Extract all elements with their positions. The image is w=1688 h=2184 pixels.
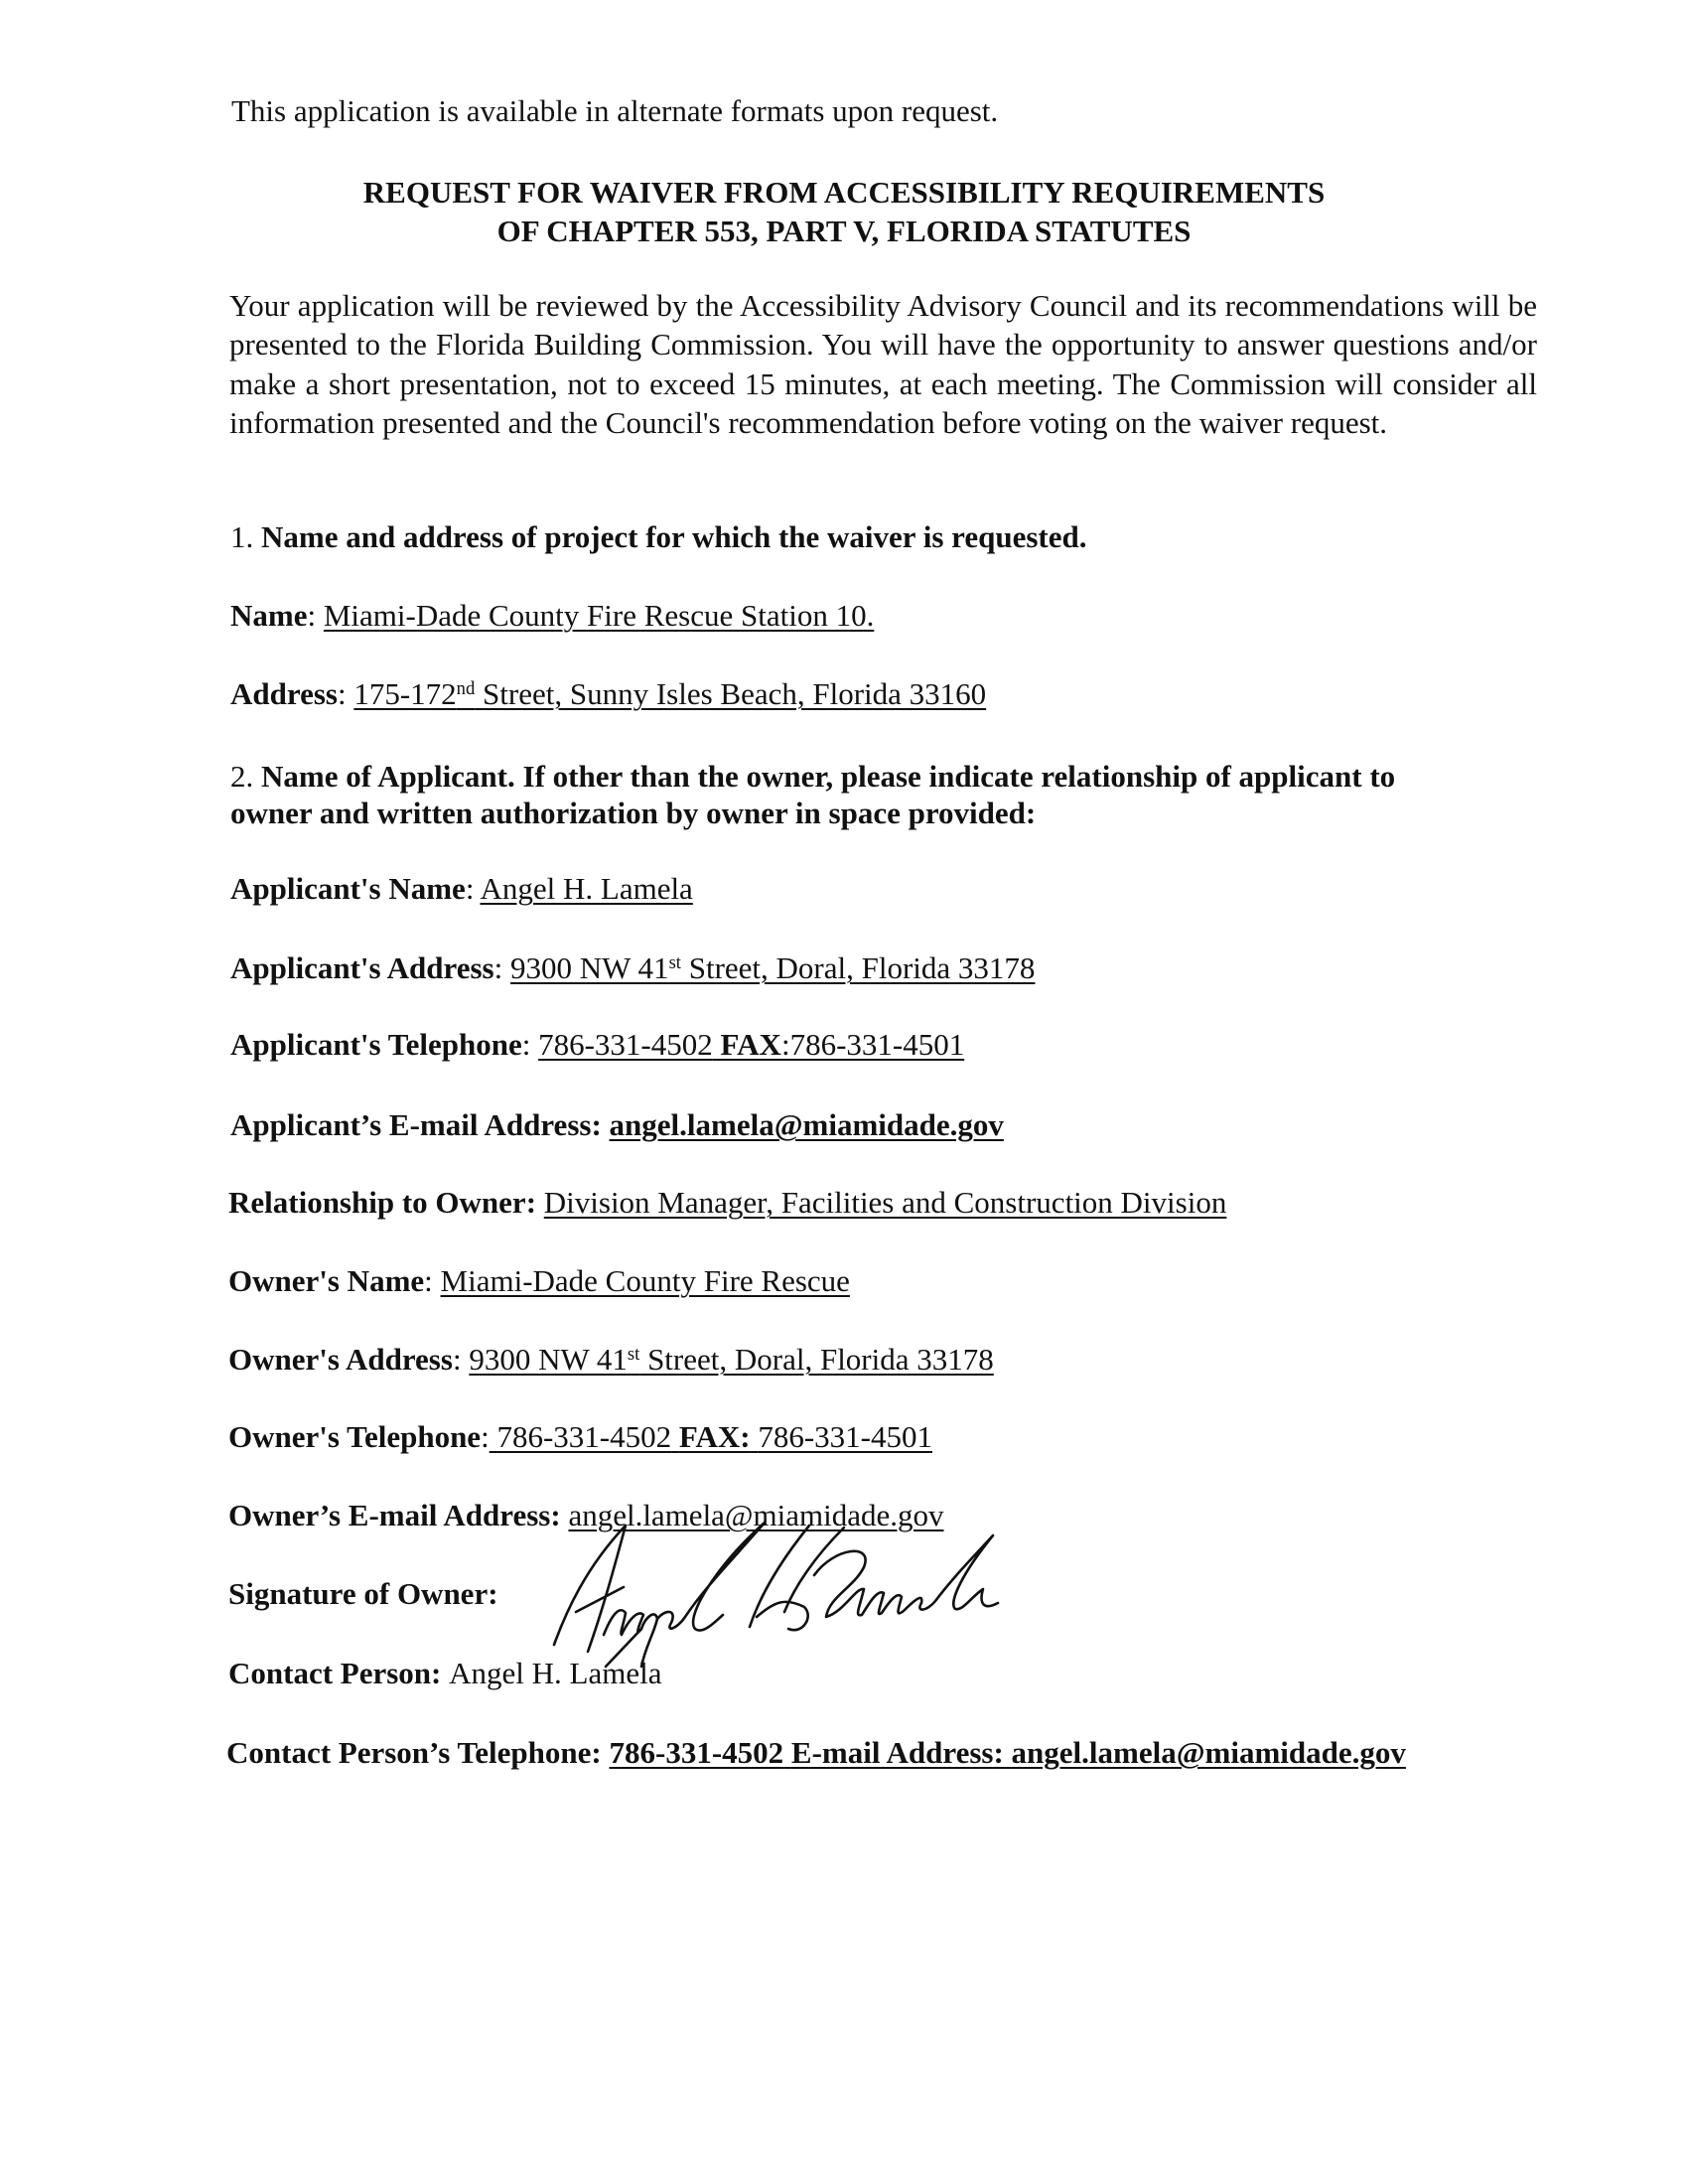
- colon: :: [431, 1656, 449, 1690]
- fax-number: 786-331-4501: [790, 1027, 965, 1062]
- fax-label: FAX:: [679, 1419, 751, 1454]
- address-number: 175-172: [353, 676, 456, 711]
- owner-address-label: Owner's Address: [228, 1342, 453, 1377]
- project-name-value: Miami-Dade County Fire Rescue Station 10…: [324, 598, 874, 633]
- owner-address-row: Owner's Address: 9300 NW 41st Street, Do…: [228, 1344, 994, 1375]
- section-1-heading: 1. Name and address of project for which…: [230, 521, 1087, 552]
- owner-phone-row: Owner's Telephone: 786-331-4502 FAX: 786…: [228, 1421, 932, 1452]
- colon: :: [488, 1576, 497, 1611]
- project-name-label: Name: [230, 598, 307, 633]
- applicant-email-value[interactable]: angel.lamela@miamidade.gov: [610, 1107, 1004, 1142]
- project-name-row: Name: Miami-Dade County Fire Rescue Stat…: [230, 600, 874, 631]
- owner-signature: [546, 1518, 1003, 1676]
- address-number: 9300 NW 41: [469, 1342, 628, 1377]
- owner-name-row: Owner's Name: Miami-Dade County Fire Res…: [228, 1265, 850, 1296]
- applicant-address-label: Applicant's Address: [230, 950, 494, 985]
- colon: :: [466, 871, 481, 906]
- relationship-value: Division Manager, Facilities and Constru…: [544, 1185, 1227, 1220]
- owner-email-label: Owner’s E-mail Address: [228, 1498, 550, 1532]
- colon: :: [453, 1342, 469, 1377]
- colon: :: [591, 1107, 609, 1142]
- colon: :: [526, 1185, 544, 1220]
- colon: :: [338, 676, 353, 711]
- applicant-name-row: Applicant's Name: Angel H. Lamela: [230, 873, 693, 904]
- applicant-email-row: Applicant’s E-mail Address: angel.lamela…: [230, 1109, 1004, 1140]
- contact-person-row: Contact Person: Angel H. Lamela: [228, 1658, 661, 1688]
- alternate-formats-notice: This application is available in alterna…: [231, 95, 998, 126]
- applicant-phone-value: 786-331-4502 FAX:786-331-4501: [538, 1027, 964, 1062]
- owner-name-value: Miami-Dade County Fire Rescue: [441, 1263, 850, 1298]
- owner-phone-value: 786-331-4502 FAX: 786-331-4501: [490, 1419, 932, 1454]
- contact-person-value: Angel H. Lamela: [449, 1656, 661, 1690]
- colon: :: [591, 1735, 609, 1770]
- applicant-address-row: Applicant's Address: 9300 NW 41st Street…: [230, 952, 1035, 983]
- project-address-row: Address: 175-172nd Street, Sunny Isles B…: [230, 678, 986, 709]
- colon: :: [481, 1419, 490, 1454]
- applicant-email-label: Applicant’s E-mail Address: [230, 1107, 591, 1142]
- project-address-label: Address: [230, 676, 338, 711]
- address-number: 9300 NW 41: [510, 950, 669, 985]
- intro-paragraph: Your application will be reviewed by the…: [229, 286, 1537, 442]
- fax-number: 786-331-4501: [758, 1419, 932, 1454]
- document-title-line-1: REQUEST FOR WAIVER FROM ACCESSIBILITY RE…: [0, 177, 1688, 208]
- contact-phone-row: Contact Person’s Telephone: 786-331-4502…: [226, 1737, 1406, 1768]
- address-ordinal: nd: [457, 678, 476, 699]
- section-1-number: 1.: [230, 519, 253, 554]
- applicant-phone-label: Applicant's Telephone: [230, 1027, 522, 1062]
- applicant-name-value: Angel H. Lamela: [480, 871, 692, 906]
- address-rest: Street, Doral, Florida 33178: [681, 950, 1035, 985]
- owner-phone-label: Owner's Telephone: [228, 1419, 481, 1454]
- contact-email-label: E-mail Address: [791, 1735, 994, 1770]
- contact-person-label: Contact Person: [228, 1656, 431, 1690]
- contact-phone-label: Contact Person’s Telephone: [226, 1735, 591, 1770]
- section-1-heading-text: Name and address of project for which th…: [261, 519, 1087, 554]
- document-title-line-2: OF CHAPTER 553, PART V, FLORIDA STATUTES: [0, 216, 1688, 246]
- colon: :: [307, 598, 323, 633]
- section-2-heading-line-2: owner and written authorization by owner…: [230, 798, 1036, 828]
- relationship-row: Relationship to Owner: Division Manager,…: [228, 1187, 1226, 1218]
- applicant-name-label: Applicant's Name: [230, 871, 466, 906]
- phone-number: 786-331-4502: [496, 1419, 671, 1454]
- applicant-address-value: 9300 NW 41st Street, Doral, Florida 3317…: [510, 950, 1035, 985]
- owner-address-value: 9300 NW 41st Street, Doral, Florida 3317…: [469, 1342, 993, 1377]
- section-2-heading-line-1: Name of Applicant. If other than the own…: [261, 759, 1395, 794]
- contact-phone-email-value: 786-331-4502 E-mail Address: angel.lamel…: [610, 1735, 1406, 1770]
- address-ordinal: st: [669, 952, 681, 973]
- fax-label: FAX: [721, 1027, 781, 1062]
- colon: :: [424, 1263, 440, 1298]
- phone-number: 786-331-4502: [538, 1027, 713, 1062]
- address-ordinal: st: [628, 1344, 639, 1365]
- section-2-heading: 2. Name of Applicant. If other than the …: [230, 761, 1395, 792]
- signature-label: Signature of Owner: [228, 1576, 488, 1611]
- address-rest: Street, Sunny Isles Beach, Florida 33160: [475, 676, 986, 711]
- relationship-label: Relationship to Owner: [228, 1185, 526, 1220]
- contact-email-value[interactable]: angel.lamela@miamidade.gov: [1012, 1735, 1406, 1770]
- owner-name-label: Owner's Name: [228, 1263, 424, 1298]
- section-2-number: 2.: [230, 759, 253, 794]
- contact-phone-value: 786-331-4502: [610, 1735, 784, 1770]
- applicant-phone-row: Applicant's Telephone: 786-331-4502 FAX:…: [230, 1029, 964, 1060]
- signature-row: Signature of Owner:: [228, 1578, 498, 1609]
- colon: :: [522, 1027, 538, 1062]
- colon: :: [494, 950, 510, 985]
- address-rest: Street, Doral, Florida 33178: [639, 1342, 993, 1377]
- project-address-value: 175-172nd Street, Sunny Isles Beach, Flo…: [353, 676, 986, 711]
